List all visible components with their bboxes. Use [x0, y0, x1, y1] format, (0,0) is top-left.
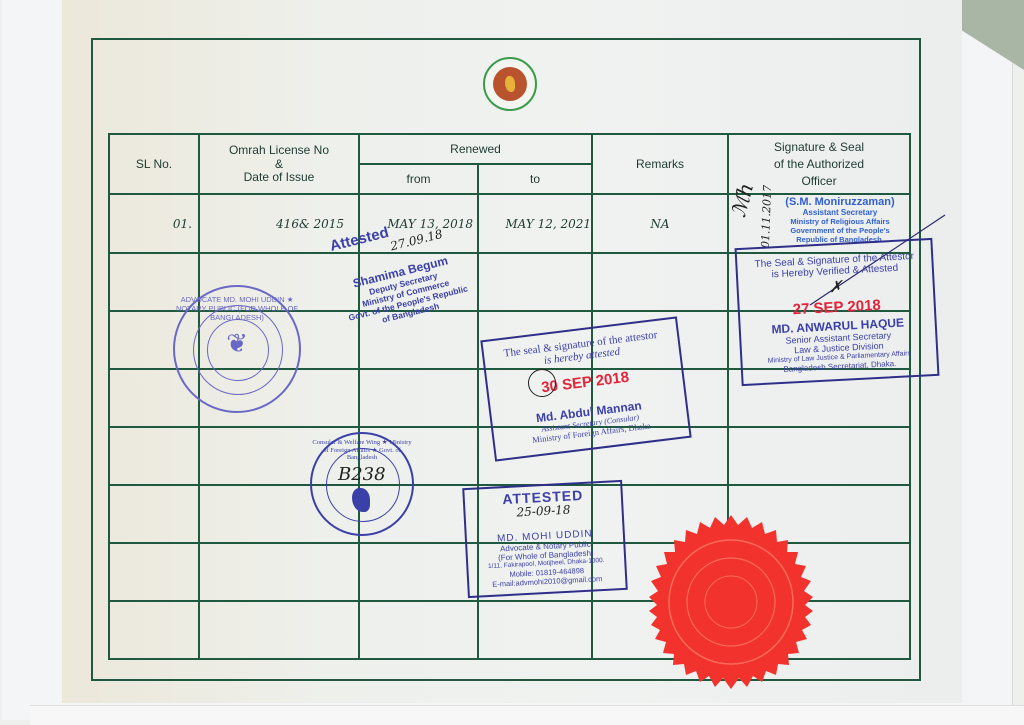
officer-name: (S.M. Moniruzzaman) — [770, 196, 910, 208]
header-license-line2: & — [200, 159, 358, 169]
consular-handwritten-number: B238 — [338, 464, 386, 485]
notary-round-text: ADVOCATE MD. MOHI UDDIN ★ NOTARY PUBLIC … — [175, 295, 299, 322]
header-license: Omrah License No & Date of Issue — [199, 134, 359, 194]
header-from: from — [359, 164, 478, 194]
boat-emblem-icon: ❦ — [221, 327, 253, 359]
consular-round-stamp: Consular & Welfare Wing ★ Ministry of Fo… — [310, 432, 414, 536]
consular-round-text: Consular & Welfare Wing ★ Ministry of Fo… — [312, 438, 412, 461]
cell-sl-no: 01. — [109, 194, 199, 253]
header-sl-no: SL No. — [109, 134, 199, 194]
header-signature-line1: Signature & Seal — [729, 139, 909, 156]
header-to: to — [478, 164, 592, 194]
government-emblem-icon — [483, 57, 537, 111]
page-edge — [30, 705, 1024, 725]
foreign-affairs-stamp: The seal & signature of the attestor is … — [480, 316, 691, 461]
header-signature-line2: of the Authorized — [729, 156, 909, 173]
header-remarks: Remarks — [592, 134, 728, 194]
cell-to: MAY 12, 2021 — [478, 194, 592, 253]
bangladesh-map-icon — [352, 488, 370, 512]
header-row-1: SL No. Omrah License No & Date of Issue … — [109, 134, 910, 164]
foreign-signature-circle — [528, 369, 556, 397]
law-ministry-stamp: The Seal & Signature of the Attestor is … — [735, 238, 940, 386]
notary-round-stamp: ADVOCATE MD. MOHI UDDIN ★ NOTARY PUBLIC … — [173, 285, 301, 413]
notary-box-stamp: ATTESTED 25-09-18 MD. MOHI UDDIN Advocat… — [462, 480, 628, 598]
header-license-line3: Date of Issue — [200, 169, 358, 186]
header-renewed: Renewed — [359, 134, 592, 164]
cell-remarks: NA — [592, 194, 728, 253]
red-notary-seal-icon — [641, 513, 821, 693]
